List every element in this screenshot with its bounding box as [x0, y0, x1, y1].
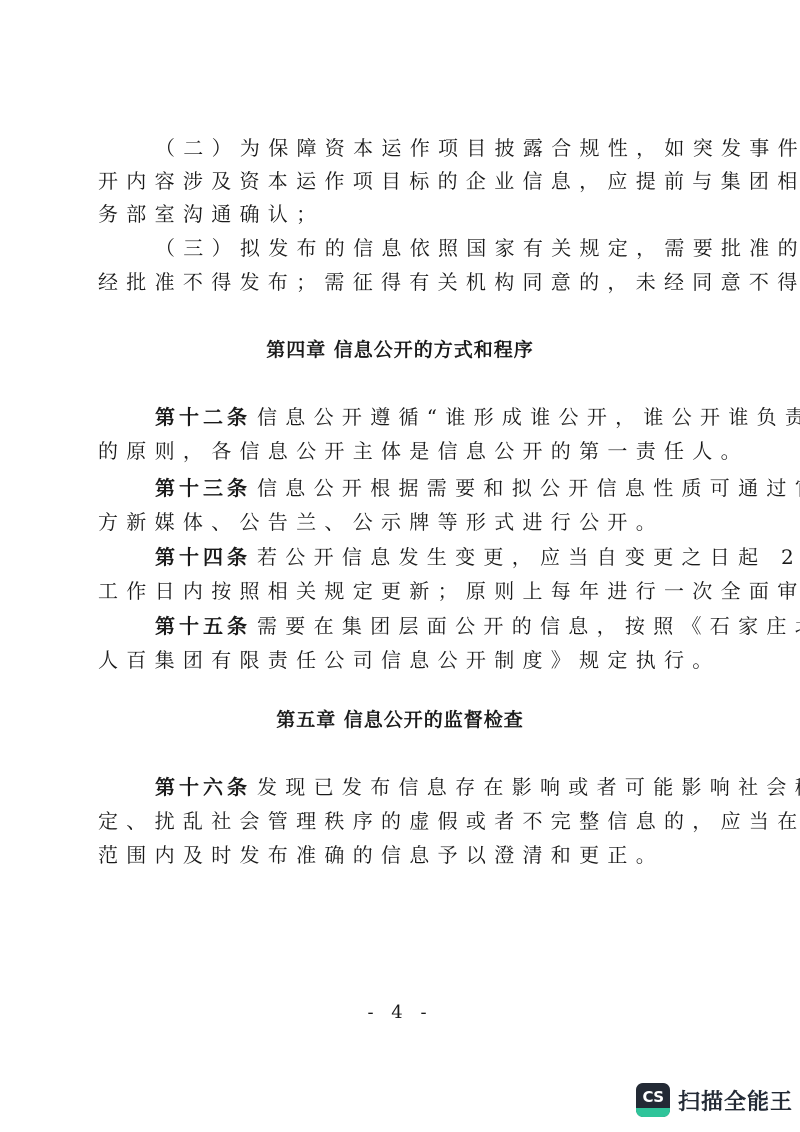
- camscanner-logo-icon: CS: [636, 1083, 670, 1117]
- chapter-5-title: 第五章 信息公开的监督检查: [0, 706, 800, 734]
- article-16-rest-line-1: 定、扰乱社会管理秩序的虚假或者不完整信息的，应当在职责: [98, 807, 678, 835]
- article-13-first-line: 第十三条信息公开根据需要和拟公开信息性质可通过官: [155, 474, 735, 502]
- article-15-label: 第十五条: [155, 614, 251, 638]
- article-15-text: 需要在集团层面公开的信息，按照《石家庄北国: [257, 614, 800, 638]
- paragraph-2-line-3: 务部室沟通确认；: [98, 200, 678, 228]
- paragraph-3-line-1: （三）拟发布的信息依照国家有关规定，需要批准的而未: [155, 234, 735, 262]
- article-13-rest: 方新媒体、公告兰、公示牌等形式进行公开。: [98, 508, 678, 536]
- article-14-first-line: 第十四条若公开信息发生变更，应当自变更之日起 20 个: [155, 543, 735, 571]
- page-number: - 4 -: [0, 1002, 800, 1023]
- chapter-4-title: 第四章 信息公开的方式和程序: [0, 336, 800, 364]
- article-16-rest-line-2: 范围内及时发布准确的信息予以澄清和更正。: [98, 841, 678, 869]
- article-14-label: 第十四条: [155, 545, 251, 569]
- article-13-label: 第十三条: [155, 476, 251, 500]
- article-16-text: 发现已发布信息存在影响或者可能影响社会稳: [257, 775, 800, 799]
- article-12-first-line: 第十二条信息公开遵循“谁形成谁公开，谁公开谁负责”: [155, 403, 735, 431]
- paragraph-2-line-2: 开内容涉及资本运作项目标的企业信息，应提前与集团相关业: [98, 167, 678, 195]
- logo-accent-bar: [636, 1108, 670, 1117]
- article-14-text: 若公开信息发生变更，应当自变更之日起 20 个: [257, 545, 800, 569]
- paragraph-2-line-1: （二）为保障资本运作项目披露合规性，如突发事件等公: [155, 134, 735, 162]
- article-14-rest: 工作日内按照相关规定更新；原则上每年进行一次全面审核。: [98, 577, 678, 605]
- article-15-first-line: 第十五条需要在集团层面公开的信息，按照《石家庄北国: [155, 612, 735, 640]
- article-12-label: 第十二条: [155, 405, 251, 429]
- article-13-text: 信息公开根据需要和拟公开信息性质可通过官: [257, 476, 800, 500]
- article-16-label: 第十六条: [155, 775, 251, 799]
- article-12-rest: 的原则，各信息公开主体是信息公开的第一责任人。: [98, 437, 678, 465]
- paragraph-3-line-2: 经批准不得发布；需征得有关机构同意的，未经同意不得发布。: [98, 268, 678, 296]
- camscanner-watermark: CS 扫描全能王: [636, 1083, 793, 1117]
- scanned-document-page: （二）为保障资本运作项目披露合规性，如突发事件等公 开内容涉及资本运作项目标的企…: [0, 0, 800, 1132]
- article-16-first-line: 第十六条发现已发布信息存在影响或者可能影响社会稳: [155, 773, 735, 801]
- article-15-rest: 人百集团有限责任公司信息公开制度》规定执行。: [98, 646, 678, 674]
- logo-text: CS: [642, 1088, 663, 1106]
- article-12-text: 信息公开遵循“谁形成谁公开，谁公开谁负责”: [257, 405, 800, 429]
- watermark-brand-name: 扫描全能王: [678, 1085, 793, 1116]
